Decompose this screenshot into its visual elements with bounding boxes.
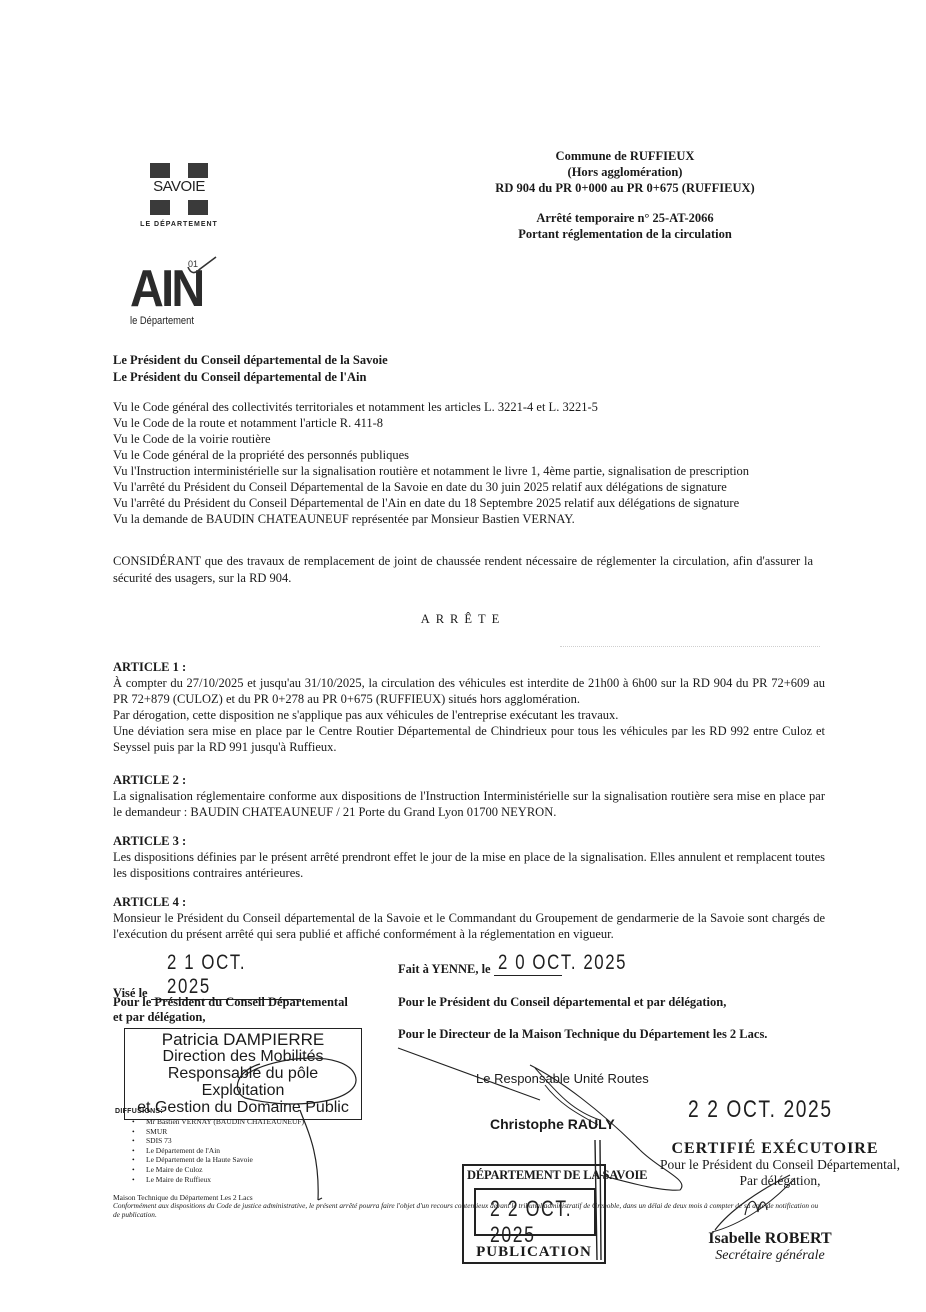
vu-item: Vu le Code général des collectivités ter… (113, 399, 749, 415)
article-paragraph: Les dispositions définies par le présent… (113, 849, 825, 881)
article-paragraph: À compter du 27/10/2025 et jusqu'au 31/1… (113, 675, 825, 707)
fait-line: Fait à YENNE, le 2 0 OCT. 2025 (398, 955, 562, 980)
signatory-name: Patricia DAMPIERRE (125, 1031, 361, 1048)
vu-item: Vu le Code de la voirie routière (113, 431, 749, 447)
publication-stamp: DÉPARTEMENT DE LA SAVOIE 2 2 OCT. 2025 P… (462, 1164, 606, 1264)
article-3: ARTICLE 3 : Les dispositions définies pa… (113, 833, 825, 881)
diffusion-title: DIFFUSIONS: (115, 1108, 163, 1115)
diffusion-recipient: SDIS 73 (132, 1136, 304, 1146)
savoie-department-logo: SAVOIE LE DÉPARTEMENT (144, 163, 214, 228)
diffusion-list: Mr Bastien VERNAY (BAUDIN CHATEAUNEUF) S… (132, 1117, 304, 1184)
vise-date-stamp: 2 1 OCT. 2025 (167, 951, 274, 999)
diffusion-recipient: Le Département de la Haute Savoie (132, 1155, 304, 1165)
certified-date: 2 2 OCT. 2025 (688, 1096, 833, 1124)
fait-date-stamp: 2 0 OCT. 2025 (498, 951, 627, 975)
vu-item: Vu l'arrêté du Président du Conseil Dépa… (113, 479, 749, 495)
checkmark-swoosh-icon (186, 255, 220, 277)
vu-item: Vu l'Instruction interministérielle sur … (113, 463, 749, 479)
article-title: ARTICLE 3 : (113, 833, 825, 849)
authority-ain: Le Président du Conseil départemental de… (113, 369, 388, 386)
savoie-logo-word: SAVOIE (144, 178, 214, 195)
article-paragraph: Une déviation sera mise en place par le … (113, 723, 825, 755)
certifie-executoire: CERTIFIÉ EXÉCUTOIRE (650, 1140, 900, 1158)
publication-stamp-header: DÉPARTEMENT DE LA SAVOIE (467, 1168, 647, 1183)
fait-label: Fait à YENNE, le (398, 962, 491, 976)
diffusion-recipient: Le Maire de Ruffieux (132, 1175, 304, 1185)
article-1: ARTICLE 1 : À compter du 27/10/2025 et j… (113, 659, 825, 755)
certifie-signatory: Pour le Président du Conseil Département… (650, 1157, 910, 1189)
commune-name: Commune de RUFFIEUX (440, 148, 810, 164)
ain-logo-subtitle: le Département (130, 315, 207, 327)
publication-stamp-footer: PUBLICATION (464, 1244, 604, 1261)
responsable-name: Christophe RAULY (490, 1116, 615, 1132)
signatory-line: Responsable du pôle Exploitation (125, 1065, 361, 1099)
diffusion-recipient: Le Département de l'Ain (132, 1146, 304, 1156)
signatory-line: Direction des Mobilités (125, 1048, 361, 1065)
arrete-subject: Portant réglementation de la circulation (440, 226, 810, 242)
right-director-line: Pour le Directeur de la Maison Technique… (398, 1027, 767, 1042)
diffusion-recipient: Mr Bastien VERNAY (BAUDIN CHATEAUNEUF) (132, 1117, 304, 1127)
secretary-title: Secrétaire générale (660, 1248, 880, 1264)
article-2: ARTICLE 2 : La signalisation réglementai… (113, 772, 825, 820)
authority-savoie: Le Président du Conseil départemental de… (113, 352, 388, 369)
vu-item: Vu la demande de BAUDIN CHATEAUNEUF repr… (113, 511, 749, 527)
document-header: Commune de RUFFIEUX (Hors agglomération)… (440, 148, 810, 242)
right-for-line: Pour le Président du Conseil département… (398, 995, 726, 1010)
arrete-heading: ARRÊTE (0, 612, 926, 627)
ain-department-logo: AIN 01 le Département (130, 265, 220, 327)
article-paragraph: Par dérogation, cette disposition ne s'a… (113, 707, 825, 723)
dampierre-signature-stamp: Patricia DAMPIERRE Direction des Mobilit… (124, 1028, 362, 1120)
article-title: ARTICLE 1 : (113, 659, 825, 675)
article-4: ARTICLE 4 : Monsieur le Président du Con… (113, 894, 825, 942)
diffusion-recipient: SMUR (132, 1127, 304, 1137)
certified-date-stamp: 2 2 OCT. 2025 (688, 1096, 869, 1124)
vu-item: Vu l'arrêté du Président du Conseil Dépa… (113, 495, 749, 511)
vu-item: Vu le Code de la route et notamment l'ar… (113, 415, 749, 431)
certifie-delegation: Par délégation, (650, 1173, 910, 1189)
responsable-title: Le Responsable Unité Routes (476, 1071, 649, 1086)
certifie-for: Pour le Président du Conseil Département… (650, 1157, 910, 1173)
article-paragraph: Monsieur le Président du Conseil départe… (113, 910, 825, 942)
zone-label: (Hors agglomération) (440, 164, 810, 180)
diffusion-recipient: Le Maire de Culoz (132, 1165, 304, 1175)
left-for-line: Pour le Président du Conseil Département… (113, 995, 348, 1010)
divider (560, 646, 820, 647)
road-section: RD 904 du PR 0+000 au PR 0+675 (RUFFIEUX… (440, 180, 810, 196)
savoie-logo-subtitle: LE DÉPARTEMENT (140, 221, 218, 228)
arrete-number: Arrêté temporaire n° 25-AT-2066 (440, 210, 810, 226)
considerant-paragraph: CONSIDÉRANT que des travaux de remplacem… (113, 553, 813, 587)
article-title: ARTICLE 2 : (113, 772, 825, 788)
vu-list: Vu le Code général des collectivités ter… (113, 399, 749, 527)
left-signatory-block: Pour le Président du Conseil Département… (113, 995, 348, 1025)
secretary-name: Isabelle ROBERT (660, 1230, 880, 1248)
vu-item: Vu le Code général de la propriété des p… (113, 447, 749, 463)
authorities: Le Président du Conseil départemental de… (113, 352, 388, 386)
publication-stamp-date: 2 2 OCT. 2025 (490, 1196, 573, 1248)
article-title: ARTICLE 4 : (113, 894, 825, 910)
left-delegation-line: et par délégation, (113, 1010, 348, 1025)
article-paragraph: La signalisation réglementaire conforme … (113, 788, 825, 820)
